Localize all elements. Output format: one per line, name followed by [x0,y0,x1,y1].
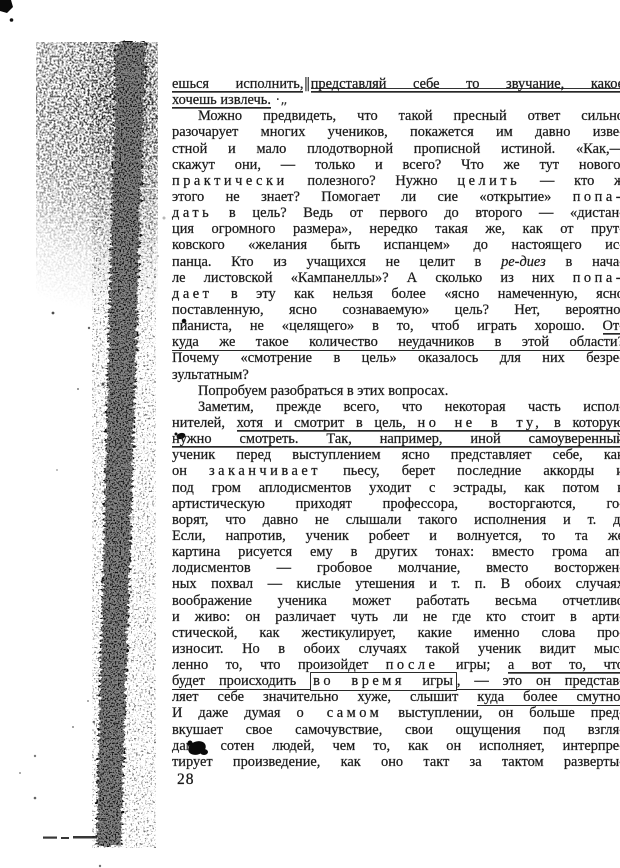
text-line: панца. Кто из учащихся не целит в ре-дие… [172,254,620,270]
text-segment: зультатным? [172,367,249,383]
text-segment: хотя и смотрит в цель, [237,415,418,432]
text-segment: выступлении, он больше пред- [382,705,620,721]
text-line: куда же такое количество неудачников в э… [172,334,620,350]
text-segment: хочешь извлечь. [172,92,271,109]
text-segment: ворят, что давно не слышали такого испол… [172,512,620,528]
text-segment: он [172,463,209,479]
page-number: 28 [177,771,195,789]
text-segment: целить [457,173,520,189]
text-segment: в эту как нельзя более «ясно намеченную,… [212,286,620,302]
text-segment: дает [172,286,212,302]
text-line: нителей, хотя и смотрит в цель, но не в … [172,415,620,431]
text-segment: ляет себе значительно хуже, слышит [172,689,477,705]
text-segment: этого не знает? Помогает ли сие «открыти… [172,189,573,205]
text-line: тирует произведение, как оно такт за так… [172,754,620,770]
text-segment: попа- [573,270,620,286]
text-segment: От- [603,318,620,335]
text-segment: разочарует многих учеников, покажется им… [172,124,620,140]
text-segment: во время [310,672,422,691]
text-segment: после [386,657,439,673]
text-segment: будет происходить [172,673,310,690]
text-line: воображение ученика может работать весьм… [172,593,620,609]
text-line: стной и мало плодотворной прописной исти… [172,141,620,157]
text-line: пианиста, не «целящего» в то, чтоб играт… [172,318,620,334]
text-line: Заметим, прежде всего, что некоторая час… [172,399,620,415]
text-line: артистическую приходят профессора, восто… [172,496,620,512]
text-line: дает в эту как нельзя более «ясно намече… [172,286,620,302]
text-segment: ле листовской «Кампанеллы»? А сколько из… [172,270,573,286]
text-segment: под гром аплодисментов уходит с эстрады,… [172,480,620,496]
text-segment: попа- [573,189,620,205]
text-line: скажут они, — только и всего? Что же тут… [172,157,620,173]
text-segment: куда же такое количество неудачников в э… [172,334,620,351]
text-line: будет происходить во время игры, — это о… [172,673,620,689]
pen-mark: ‖ [303,76,310,92]
text-segment: и живо: он различает чуть ли не где кто … [172,609,620,625]
text-segment: Заметим, прежде всего, что некоторая час… [198,399,620,415]
text-segment: картина рисуется ему в других тонах: вме… [172,544,620,560]
text-line: Если, напротив, ученик робеет и волнуетс… [172,528,620,544]
text-line: ученик перед выступлением ясно представл… [172,447,620,463]
text-segment: вкушает свое самочувствие, свои ощущения… [172,722,620,738]
text-segment: игры; [438,657,507,673]
text-line: этого не знает? Помогает ли сие «открыти… [172,189,620,205]
text-line: Можно предвидеть, что такой пресный отве… [172,108,620,124]
text-segment: воображение ученика может работать весьм… [172,593,620,609]
text-segment: панца. Кто из учащихся не целит в [172,254,501,270]
text-line: практически полезного? Нужно целить — кт… [172,173,620,189]
text-segment: И даже думая [172,705,297,721]
text-segment: скажут они, — только и всего? Что же тут… [172,157,620,173]
text-line: под гром аплодисментов уходит с эстрады,… [172,480,620,496]
text-segment: ция огромного размера», нередко такая же… [172,221,620,237]
text-line: зультатным? [172,367,620,383]
text-segment: но не в ту, [418,415,543,432]
text-segment: ных похвал — кислые утешения и т. п. В о… [172,576,620,592]
text-segment: куда более смутно. [477,689,620,706]
corner-blot [0,0,13,22]
text-segment: стической, как жестикулирует, какие имен… [172,625,620,641]
text-segment: полезного? Нужно [288,173,458,189]
text-segment: практически [172,173,288,189]
text-line: И даже думая о самом выступлении, он бол… [172,705,620,721]
text-segment: тирует произведение, как оно такт за так… [172,754,620,770]
text-segment: ученик перед выступлением ясно представл… [172,447,620,463]
text-segment: Попробуем разобраться в этих вопросах. [198,383,448,399]
text-line: дать в цель? Ведь от первого до второго … [172,205,620,221]
text-segment: пьесу, берет последние аккорды и [321,463,620,479]
text-line: картина рисуется ему в других тонах: вме… [172,544,620,560]
text-segment: Почему «смотрение в цель» оказалось для … [172,350,620,366]
page-text-block: ешься исполнить,‖представляй себе то зву… [172,76,620,770]
text-line: износит. Но в обоих случаях такой ученик… [172,641,620,657]
text-line: ция огромного размера», нередко такая же… [172,221,620,237]
text-segment: ре-диез [501,254,546,270]
text-line: разочарует многих учеников, покажется им… [172,124,620,140]
scanned-book-page: { "page": { "number": "28", "language": … [0,0,620,868]
text-segment: представляй себе то звучание, какое [311,76,620,93]
text-segment: в которую [542,415,620,432]
text-line: ле листовской «Кампанеллы»? А сколько из… [172,270,620,286]
text-segment: в нача- [546,254,620,270]
text-segment: пианиста, не «целящего» в то, чтоб играт… [172,318,603,334]
text-segment: Можно предвидеть, что такой пресный отве… [198,108,620,124]
text-line: ных похвал — кислые утешения и т. п. В о… [172,576,620,592]
text-segment: Если, напротив, ученик робеет и волнуетс… [172,528,620,544]
text-segment: дать [172,205,212,221]
text-line: Попробуем разобраться в этих вопросах. [172,383,620,399]
text-line: ляет себе значительно хуже, слышит куда … [172,689,620,705]
text-segment: лодисментов — гробовое молчание, вместо … [172,560,620,576]
text-line: ковского «желания быть испанцем» до наст… [172,237,620,253]
text-segment: а вот то, что [508,657,620,674]
text-segment: , — это он представ- [457,673,620,690]
text-segment: в цель? Ведь от первого до второго — «ди… [212,205,620,221]
text-segment: ленно то, что произойдет [172,657,386,673]
text-line: Почему «смотрение в цель» оказалось для … [172,350,620,366]
text-segment: нителей, [172,415,237,431]
text-segment: стной и мало плодотворной прописной исти… [172,141,620,157]
text-segment: о самом [297,705,383,721]
text-segment: артистическую приходят профессора, восто… [172,496,620,512]
pen-mark: ·„ [271,92,288,108]
text-segment: ковского «желания быть испанцем» до наст… [172,237,620,253]
text-segment: — кто ж [520,173,620,189]
text-segment: износит. Но в обоих случаях такой ученик… [172,641,620,657]
text-segment: нужно смотреть. Так, например, иной само… [172,431,620,448]
text-line: вкушает свое самочувствие, свои ощущения… [172,722,620,738]
text-line: и живо: он различает чуть ли не где кто … [172,609,620,625]
text-line: дами сотен людей, чем то, как он исполня… [172,738,620,754]
dashed-pencil-line [43,836,97,839]
text-line: он заканчивает пьесу, берет последние ак… [172,463,620,479]
text-segment: игры [422,672,456,691]
text-line: ленно то, что произойдет после игры; а в… [172,657,620,673]
text-segment: поставленную, ясно сознаваемую» цель? Не… [172,302,620,318]
text-line: нужно смотреть. Так, например, иной само… [172,431,620,447]
text-segment: заканчивает [209,463,321,479]
text-line: поставленную, ясно сознаваемую» цель? Не… [172,302,620,318]
text-segment: ешься исполнить, [172,76,303,93]
text-line: ешься исполнить,‖представляй себе то зву… [172,76,620,92]
text-line: стической, как жестикулирует, какие имен… [172,625,620,641]
text-line: лодисментов — гробовое молчание, вместо … [172,560,620,576]
text-segment: дами сотен людей, чем то, как он исполня… [172,738,620,754]
text-line: хочешь извлечь. ·„ [172,92,620,108]
text-line: ворят, что давно не слышали такого испол… [172,512,620,528]
